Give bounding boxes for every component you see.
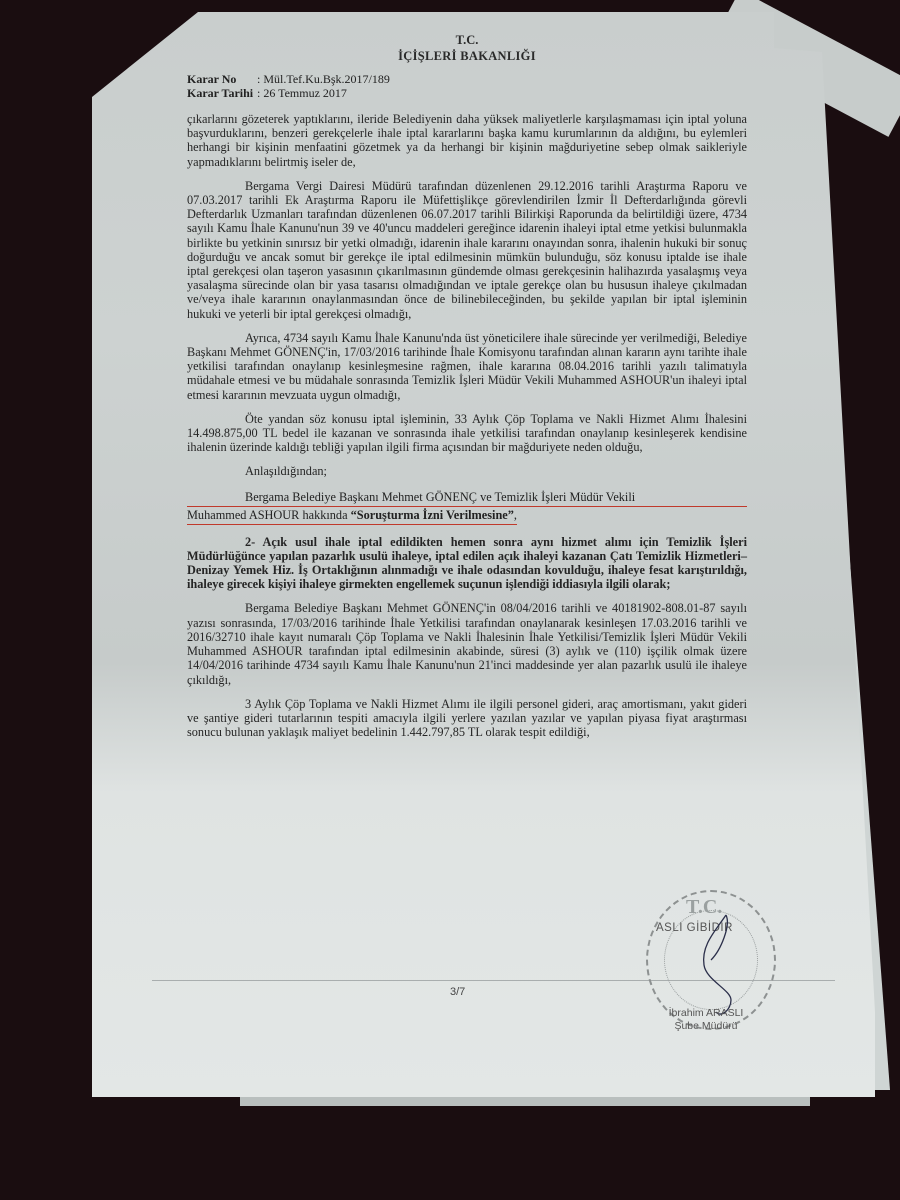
decision-text: Muhammed ASHOUR hakkında	[187, 508, 351, 522]
document-page: T.C. İÇİŞLERİ BAKANLIĞI Karar No : Mül.T…	[92, 12, 875, 1097]
page-number: 3/7	[450, 986, 465, 998]
meta-label: Karar Tarihi	[187, 86, 257, 100]
meta-value: : Mül.Tef.Ku.Bşk.2017/189	[257, 72, 390, 86]
paragraph: Bergama Belediye Başkanı Mehmet GÖNENÇ'i…	[187, 601, 747, 686]
meta-decision-date: Karar Tarihi : 26 Temmuz 2017	[187, 86, 747, 100]
signer-name: İbrahim ARASLI	[656, 1007, 756, 1020]
paragraph: Öte yandan söz konusu iptal işleminin, 3…	[187, 412, 747, 455]
decision-line-1: Bergama Belediye Başkanı Mehmet GÖNENÇ v…	[187, 489, 747, 507]
decision-punct: ,	[514, 508, 517, 522]
paragraph-item-2: 2- Açık usul ihale iptal edildikten heme…	[187, 535, 747, 592]
paragraph: Ayrıca, 4734 sayılı Kamu İhale Kanunu'nd…	[187, 331, 747, 402]
meta-decision-no: Karar No : Mül.Tef.Ku.Bşk.2017/189	[187, 72, 747, 86]
decision-line-2: Muhammed ASHOUR hakkında “Soruşturma İzn…	[187, 507, 517, 525]
paragraph: Bergama Vergi Dairesi Müdürü tarafından …	[187, 179, 747, 321]
paragraph: çıkarlarını gözeterek yaptıklarını, iler…	[187, 112, 747, 169]
header-tc: T.C.	[187, 32, 747, 48]
header-ministry: İÇİŞLERİ BAKANLIĞI	[187, 48, 747, 64]
paragraph: 3 Aylık Çöp Toplama ve Nakli Hizmet Alım…	[187, 697, 747, 740]
page-content: T.C. İÇİŞLERİ BAKANLIĞI Karar No : Mül.T…	[187, 32, 747, 739]
meta-label: Karar No	[187, 72, 257, 86]
signature-icon	[676, 900, 756, 1020]
signer-title: Şube Müdürü	[656, 1020, 756, 1033]
official-stamp: T.C. ASLI GİBİDİR İbrahim ARASLI Şube Mü…	[646, 890, 776, 1030]
decision-statement: Bergama Belediye Başkanı Mehmet GÖNENÇ v…	[187, 489, 747, 525]
signer-block: İbrahim ARASLI Şube Müdürü	[656, 1007, 756, 1033]
document-header: T.C. İÇİŞLERİ BAKANLIĞI	[187, 32, 747, 64]
paragraph: Anlaşıldığından;	[187, 464, 747, 478]
decision-meta: Karar No : Mül.Tef.Ku.Bşk.2017/189 Karar…	[187, 72, 747, 100]
meta-value: : 26 Temmuz 2017	[257, 86, 347, 100]
decision-verdict: “Soruşturma İzni Verilmesine”	[351, 508, 514, 522]
